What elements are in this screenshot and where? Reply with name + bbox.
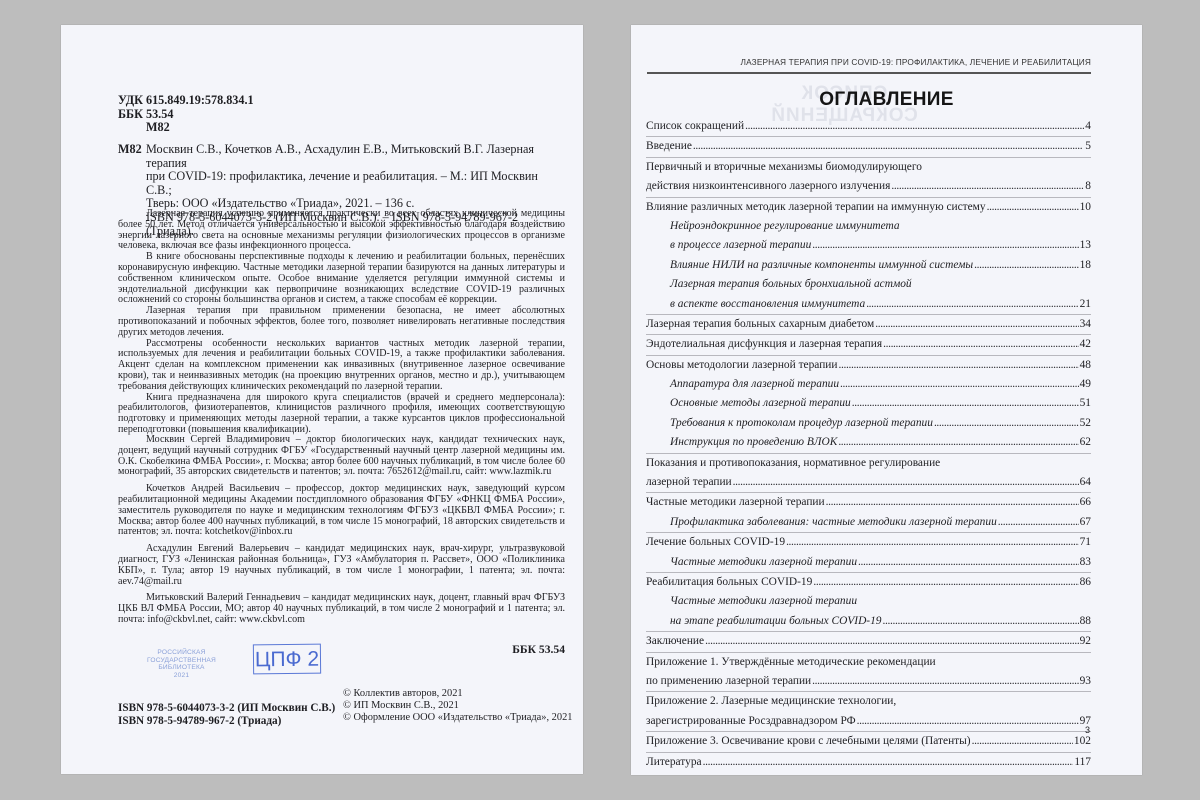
toc-entry-title: Влияние различных методик лазерной терап… [646, 198, 986, 217]
bbk-code: ББК 53.54 [118, 108, 565, 122]
toc-leader-dots [812, 672, 1078, 691]
toc-leader-dots [786, 533, 1079, 552]
classification-codes: УДК 615.849.19:578.834.1 ББК 53.54 М82 [118, 94, 565, 135]
toc-page-number: 8 [1085, 177, 1091, 196]
toc-entry-title: Реабилитация больных COVID-19 [646, 573, 812, 592]
toc-page-number: 117 [1074, 753, 1091, 772]
toc-leader-dots [705, 632, 1079, 651]
toc-page-number: 62 [1080, 433, 1091, 452]
toc-leader-dots [840, 375, 1079, 394]
toc-entry[interactable]: Частные методики лазерной терапии83 [646, 553, 1091, 572]
toc-entry-title: Нейроэндокринное регулирование иммунитет… [670, 217, 900, 236]
udk-code: УДК 615.849.19:578.834.1 [118, 94, 565, 108]
toc-leader-dots [866, 295, 1078, 314]
toc-entry-title: Заключение [646, 632, 704, 651]
toc-entry[interactable]: Литература117 [646, 752, 1091, 772]
abstract-paragraph: Книга предназначена для широкого круга с… [118, 393, 565, 436]
toc-page-number: 5 [1085, 137, 1091, 156]
toc-page-number: 21 [1080, 295, 1091, 314]
library-stamp: РОССИЙСКАЯ ГОСУДАРСТВЕННАЯ БИБЛИОТЕКА 20… [134, 649, 229, 679]
toc-entry-title: Лазерная терапия больных сахарным диабет… [646, 315, 874, 334]
toc-leader-dots [703, 753, 1074, 772]
isbn-line: ISBN 978-5-6044073-3-2 (ИП Москвин С.В.) [118, 702, 335, 715]
toc-page-number: 64 [1080, 473, 1091, 492]
left-page-imprint: УДК 615.849.19:578.834.1 ББК 53.54 М82 М… [61, 25, 583, 774]
toc-page-number: 93 [1080, 672, 1091, 691]
stamp-line: РОССИЙСКАЯ [134, 649, 229, 657]
right-page-contents: ЛАЗЕРНАЯ ТЕРАПИЯ ПРИ COVID-19: ПРОФИЛАКТ… [631, 25, 1142, 775]
toc-leader-dots [693, 137, 1084, 156]
toc-entry-title: зарегистрированные Росздравнадзором РФ [646, 712, 856, 731]
toc-entry[interactable]: Лазерная терапия больных сахарным диабет… [646, 314, 1091, 334]
author-bios: Москвин Сергей Владимирович – доктор био… [118, 435, 565, 632]
toc-entry[interactable]: Нейроэндокринное регулирование иммунитет… [646, 217, 1091, 256]
toc-page-number: 34 [1080, 315, 1091, 334]
toc-leader-dots [839, 356, 1079, 375]
toc-entry-title: Лечение больных COVID-19 [646, 533, 785, 552]
toc-page-number: 52 [1080, 414, 1091, 433]
biblio-line: при COVID-19: профилактика, лечение и ре… [146, 170, 565, 197]
toc-entry-title: Литература [646, 753, 702, 772]
toc-title: ОГЛАВЛЕНИЕ [631, 89, 1142, 111]
toc-leader-dots [838, 433, 1078, 452]
table-of-contents: Список сокращений4Введение5Первичный и в… [646, 117, 1091, 772]
copyright-line: © Оформление ООО «Издательство «Триада»,… [343, 712, 572, 724]
toc-entry-title: действия низкоинтенсивного лазерного изл… [646, 177, 890, 196]
toc-entry-title: Приложение 1. Утверждённые методические … [646, 653, 936, 672]
page-number: 3 [1085, 725, 1090, 735]
toc-entry[interactable]: Приложение 2. Лазерные медицинские техно… [646, 691, 1091, 731]
toc-entry-title: Основы методологии лазерной терапии [646, 356, 838, 375]
abstract-paragraph: Лазерная терапия при правильном применен… [118, 306, 565, 338]
toc-entry-title: Влияние НИЛИ на различные компоненты имм… [670, 256, 973, 275]
toc-leader-dots [972, 732, 1073, 751]
toc-entry[interactable]: Влияние различных методик лазерной терап… [646, 197, 1091, 217]
toc-leader-dots [857, 712, 1079, 731]
toc-page-number: 88 [1080, 612, 1091, 631]
toc-page-number: 18 [1080, 256, 1091, 275]
toc-entry[interactable]: Профилактика заболевания: частные методи… [646, 513, 1091, 532]
copyright-block: © Коллектив авторов, 2021 © ИП Москвин С… [343, 688, 572, 723]
toc-entry-title: Показания и противопоказания, нормативно… [646, 454, 940, 473]
toc-entry-title: Эндотелиальная дисфункция и лазерная тер… [646, 335, 882, 354]
abstract-paragraph: В книге обоснованы перспективные подходы… [118, 252, 565, 306]
toc-entry-title: Первичный и вторичные механизмы биомодул… [646, 158, 922, 177]
toc-entry-title: Частные методики лазерной терапии [646, 493, 825, 512]
toc-entry-title: в процессе лазерной терапии [670, 236, 811, 255]
toc-entry[interactable]: Частные методики лазерной терапиина этап… [646, 592, 1091, 631]
toc-entry[interactable]: Приложение 3. Освечивание крови с лечебн… [646, 731, 1091, 751]
toc-page-number: 66 [1080, 493, 1091, 512]
toc-entry[interactable]: Лазерная терапия больных бронхиальной ас… [646, 275, 1091, 314]
toc-leader-dots [934, 414, 1079, 433]
toc-leader-dots [745, 117, 1084, 136]
toc-page-number: 83 [1080, 553, 1091, 572]
toc-entry[interactable]: Основные методы лазерной терапии51 [646, 394, 1091, 413]
toc-entry-title: Список сокращений [646, 117, 744, 136]
toc-entry-title: Частные методики лазерной терапии [670, 553, 857, 572]
toc-leader-dots [812, 236, 1078, 255]
author-bio: Кочетков Андрей Васильевич – профессор, … [118, 484, 565, 538]
author-mark: М82 [118, 121, 565, 135]
toc-page-number: 48 [1080, 356, 1091, 375]
copyright-line: © Коллектив авторов, 2021 [343, 688, 572, 700]
abstract-paragraph: Лазерная терапия успешно применяется пра… [118, 209, 565, 252]
toc-page-number: 42 [1080, 335, 1091, 354]
toc-page-number: 92 [1080, 632, 1091, 651]
toc-page-number: 10 [1080, 198, 1091, 217]
toc-entry[interactable]: Список сокращений4 [646, 117, 1091, 136]
toc-leader-dots [858, 553, 1079, 572]
stamp-line: 2021 [134, 672, 229, 680]
toc-entry-title: Основные методы лазерной терапии [670, 394, 851, 413]
toc-entry[interactable]: Первичный и вторичные механизмы биомодул… [646, 157, 1091, 197]
toc-page-number: 13 [1080, 236, 1091, 255]
toc-entry[interactable]: Эндотелиальная дисфункция и лазерная тер… [646, 334, 1091, 354]
isbn-line: ISBN 978-5-94789-967-2 (Триада) [118, 715, 335, 728]
toc-leader-dots [998, 513, 1079, 532]
toc-entry[interactable]: Показания и противопоказания, нормативно… [646, 453, 1091, 493]
toc-leader-dots [974, 256, 1079, 275]
toc-entry-title: лазерной терапии [646, 473, 732, 492]
toc-leader-dots [813, 573, 1078, 592]
stamp-line: БИБЛИОТЕКА [134, 664, 229, 672]
toc-entry-title: Аппаратура для лазерной терапии [670, 375, 839, 394]
toc-entry-title: Лазерная терапия больных бронхиальной ас… [670, 275, 912, 294]
toc-entry-title: Частные методики лазерной терапии [670, 592, 857, 611]
toc-entry-title: на этапе реабилитации больных COVID-19 [670, 612, 882, 631]
stamp-line: ГОСУДАРСТВЕННАЯ [134, 657, 229, 665]
running-head: ЛАЗЕРНАЯ ТЕРАПИЯ ПРИ COVID-19: ПРОФИЛАКТ… [740, 57, 1091, 67]
toc-entry[interactable]: Заключение92 [646, 631, 1091, 651]
biblio-mark: М82 [118, 143, 142, 157]
cpf-stamp: ЦПФ 2 [253, 644, 321, 675]
toc-entry[interactable]: Приложение 1. Утверждённые методические … [646, 652, 1091, 692]
toc-entry-title: в аспекте восстановления иммунитета [670, 295, 865, 314]
bbk-code-bottom: ББК 53.54 [512, 643, 565, 656]
abstract-paragraph: Рассмотрены особенности нескольких вариа… [118, 339, 565, 393]
copyright-line: © ИП Москвин С.В., 2021 [343, 700, 572, 712]
isbn-block: ISBN 978-5-6044073-3-2 (ИП Москвин С.В.)… [118, 702, 335, 728]
toc-entry[interactable]: Основы методологии лазерной терапии48 [646, 355, 1091, 375]
toc-entry[interactable]: Лечение больных COVID-1971 [646, 532, 1091, 552]
toc-page-number: 71 [1080, 533, 1091, 552]
toc-entry-title: Инструкция по проведению ВЛОК [670, 433, 837, 452]
toc-leader-dots [875, 315, 1078, 334]
toc-leader-dots [852, 394, 1079, 413]
toc-page-number: 86 [1080, 573, 1091, 592]
toc-page-number: 67 [1080, 513, 1091, 532]
toc-page-number: 4 [1085, 117, 1091, 136]
toc-entry[interactable]: Реабилитация больных COVID-1986 [646, 572, 1091, 592]
toc-entry-title: Профилактика заболевания: частные методи… [670, 513, 997, 532]
author-bio: Москвин Сергей Владимирович – доктор био… [118, 435, 565, 478]
toc-leader-dots [883, 335, 1079, 354]
toc-page-number: 51 [1080, 394, 1091, 413]
toc-entry-title: Требования к протоколам процедур лазерно… [670, 414, 933, 433]
toc-entry[interactable]: Требования к протоколам процедур лазерно… [646, 414, 1091, 433]
author-bio: Асхадулин Евгений Валерьевич – кандидат … [118, 544, 565, 587]
toc-leader-dots [987, 198, 1079, 217]
toc-leader-dots [883, 612, 1079, 631]
toc-entry-title: Введение [646, 137, 692, 156]
toc-entry[interactable]: Введение5 [646, 136, 1091, 156]
toc-entry[interactable]: Аппаратура для лазерной терапии49 [646, 375, 1091, 394]
toc-entry-title: по применению лазерной терапии [646, 672, 811, 691]
toc-entry[interactable]: Влияние НИЛИ на различные компоненты имм… [646, 256, 1091, 275]
toc-leader-dots [891, 177, 1084, 196]
biblio-line: Москвин С.В., Кочетков А.В., Асхадулин Е… [146, 143, 565, 170]
toc-page-number: 102 [1074, 732, 1091, 751]
toc-entry[interactable]: Частные методики лазерной терапии66 [646, 492, 1091, 512]
author-bio: Митьковский Валерий Геннадьевич – кандид… [118, 593, 565, 625]
header-rule [647, 72, 1091, 74]
toc-entry-title: Приложение 3. Освечивание крови с лечебн… [646, 732, 971, 751]
toc-leader-dots [733, 473, 1079, 492]
toc-leader-dots [826, 493, 1079, 512]
toc-entry-title: Приложение 2. Лазерные медицинские техно… [646, 692, 896, 711]
book-abstract: Лазерная терапия успешно применяется пра… [118, 209, 565, 436]
toc-entry[interactable]: Инструкция по проведению ВЛОК62 [646, 433, 1091, 452]
toc-page-number: 49 [1080, 375, 1091, 394]
